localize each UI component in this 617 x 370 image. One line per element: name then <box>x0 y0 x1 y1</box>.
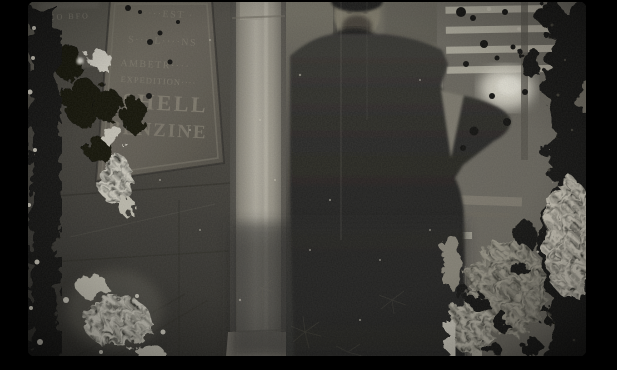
photograph: CO BFO E ·····EST · S····L····NS AMBETR·… <box>0 0 617 370</box>
photo-frame: CO BFO E ·····EST · S····L····NS AMBETR·… <box>0 0 617 370</box>
vignette <box>26 0 588 358</box>
